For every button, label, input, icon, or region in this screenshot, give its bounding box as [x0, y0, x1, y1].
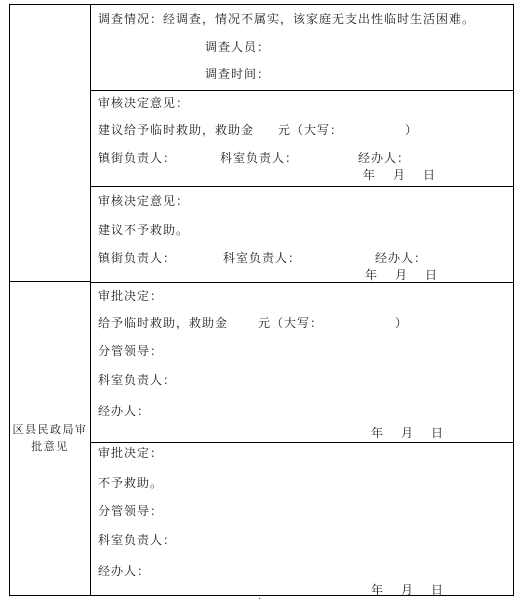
approval-deny-date-line: 年 月 日 [371, 583, 444, 597]
review-grant-amount-unit: 元（大写： [278, 123, 343, 137]
review-deny-handler-label: 经办人： [375, 251, 427, 265]
approval-deny-leader-label: 分管领导： [98, 504, 163, 518]
review-grant-heading: 审核决定意见： [98, 96, 189, 110]
review-grant-paren-close: ） [405, 123, 418, 137]
investigation-cell: 调查情况：经调查，情况不属实，该家庭无支出性临时生活困难。 调查人员： 调查时间… [91, 5, 513, 90]
approval-deny-dept-signer-label: 科室负责人： [98, 533, 176, 547]
approval-grant-cell: 审批决定： 给予临时救助，救助金 元（大写： ） 分管领导： 科室负责人： 经办… [91, 282, 513, 442]
row-header-column: 区县民政局审 批意见 [10, 5, 91, 595]
approval-grant-heading: 审批决定： [98, 289, 163, 303]
investigation-time-label: 调查时间： [205, 67, 270, 81]
page-footer-dot: · [258, 594, 261, 605]
review-deny-cell: 审核决定意见： 建议不予救助。 镇街负责人： 科室负责人： 经办人： 年 月 日 [91, 186, 513, 282]
review-grant-dept-signer-label: 科室负责人： [220, 151, 298, 165]
investigators-label: 调查人员： [205, 40, 270, 54]
form-content-column: 调查情况：经调查，情况不属实，该家庭无支出性临时生活困难。 调查人员： 调查时间… [91, 5, 513, 595]
review-deny-heading: 审核决定意见： [98, 194, 189, 208]
approval-grant-decision: 给予临时救助，救助金 [98, 316, 228, 330]
review-deny-proposal: 建议不予救助。 [98, 223, 189, 237]
assistance-approval-table: 区县民政局审 批意见 调查情况：经调查，情况不属实，该家庭无支出性临时生活困难。… [9, 4, 514, 596]
approval-grant-leader-label: 分管领导： [98, 344, 163, 358]
investigation-summary: 调查情况：经调查，情况不属实，该家庭无支出性临时生活困难。 [98, 12, 475, 26]
review-deny-dept-signer-label: 科室负责人： [223, 251, 301, 265]
review-grant-cell: 审核决定意见： 建议给予临时救助，救助金 元（大写： ） 镇街负责人： 科室负责… [91, 90, 513, 186]
approval-authority-header-cell: 区县民政局审 批意见 [10, 282, 90, 595]
row-header-empty-cell [10, 5, 90, 282]
approval-grant-dept-signer-label: 科室负责人： [98, 373, 176, 387]
approval-deny-decision: 不予救助。 [98, 476, 163, 490]
approval-deny-cell: 审批决定： 不予救助。 分管领导： 科室负责人： 经办人： 年 月 日 [91, 442, 513, 595]
review-grant-proposal: 建议给予临时救助，救助金 [98, 123, 254, 137]
approval-authority-label-line1: 区县民政局审 [13, 422, 88, 439]
approval-authority-label-line2: 批意见 [13, 439, 88, 456]
approval-authority-label: 区县民政局审 批意见 [13, 422, 88, 456]
review-deny-date-line: 年 月 日 [365, 268, 438, 282]
scanned-form-page: 区县民政局审 批意见 调查情况：经调查，情况不属实，该家庭无支出性临时生活困难。… [0, 0, 525, 607]
approval-grant-handler-label: 经办人： [98, 404, 150, 418]
review-deny-town-signer-label: 镇街负责人： [98, 251, 176, 265]
approval-deny-heading: 审批决定： [98, 446, 163, 460]
approval-deny-handler-label: 经办人： [98, 564, 150, 578]
review-grant-date-line: 年 月 日 [363, 168, 436, 182]
review-grant-handler-label: 经办人： [358, 151, 410, 165]
approval-grant-amount-unit: 元（大写： [258, 316, 323, 330]
review-grant-town-signer-label: 镇街负责人： [98, 151, 176, 165]
approval-grant-paren-close: ） [395, 316, 408, 330]
approval-grant-date-line: 年 月 日 [371, 426, 444, 440]
